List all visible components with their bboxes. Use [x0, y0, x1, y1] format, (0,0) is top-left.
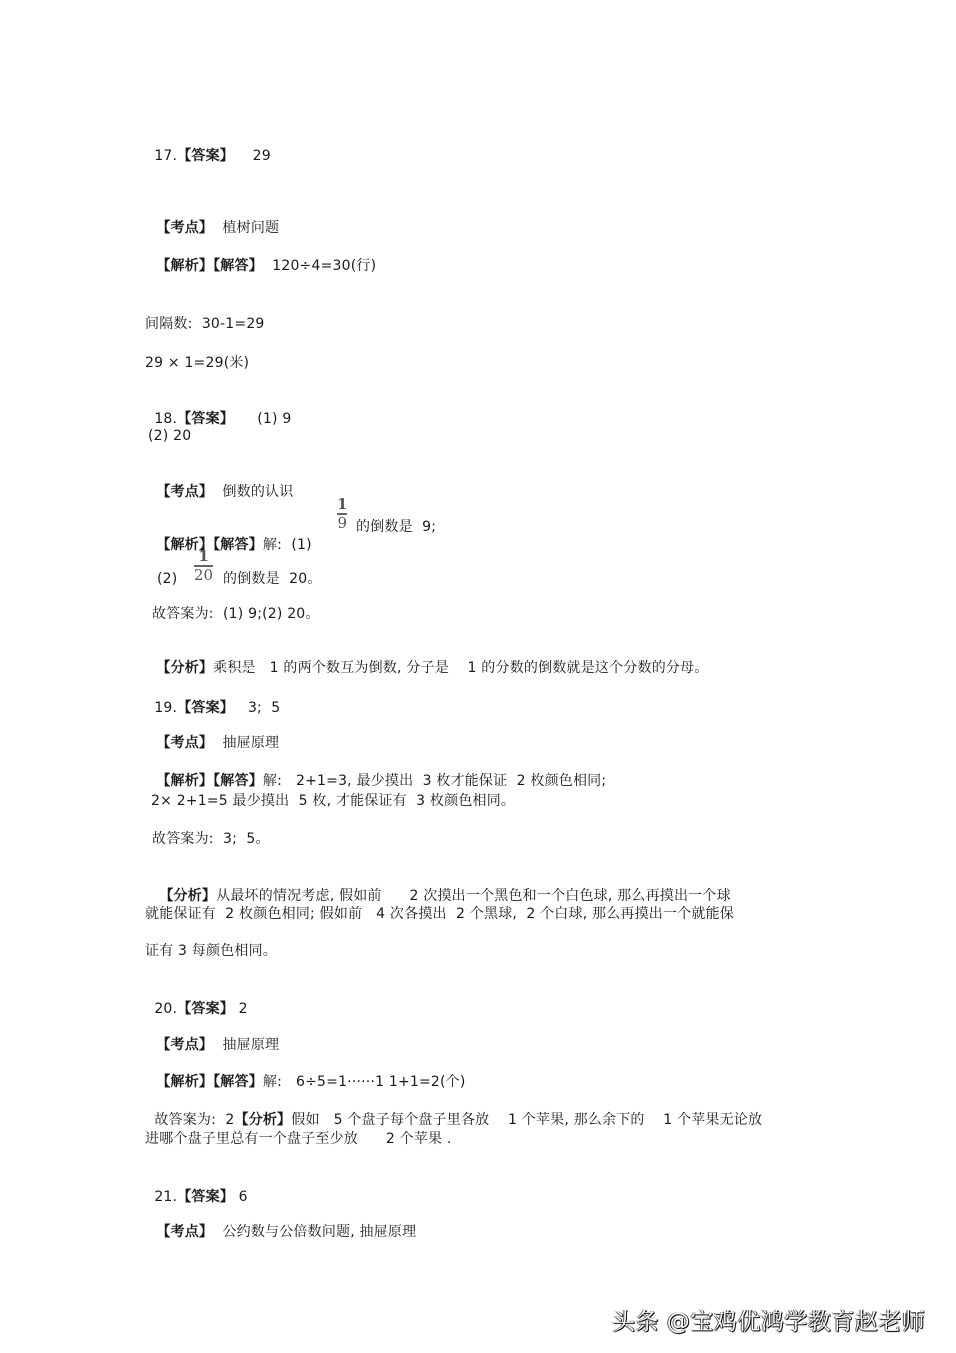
answer-tag: 【答案】 [177, 148, 234, 164]
q18-line2-suffix: 的倒数是 20。 [223, 570, 322, 588]
q17-topic-line: 【考点】 植树问题 [147, 201, 279, 237]
q17-step2: 间隔数: 30-1=29 [145, 315, 265, 333]
analysis-text: 解: 6÷5=1······1 1+1=2(个) [263, 1074, 466, 1090]
q19-analysis-line1: 【解析】【解答】解: 2+1=3, 最少摸出 3 枚才能保证 2 枚颜色相同; [147, 754, 606, 790]
topic-value: 倒数的认识 [222, 484, 293, 500]
answer-value: 29 [253, 148, 271, 164]
q17-answer-line: 17.【答案】 29 [145, 129, 271, 165]
explain-text: 假如 5 个盘子每个盘子里各放 1 个苹果, 那么余下的 1 个苹果无论放 [291, 1112, 762, 1128]
q20-explain-line2: 进哪个盘子里总有一个盘子至少放 2 个苹果 . [145, 1130, 452, 1148]
topic-tag: 【考点】 [156, 735, 213, 751]
topic-value: 抽屉原理 [222, 735, 279, 751]
topic-tag: 【考点】 [156, 1224, 213, 1240]
analysis-tag: 【解析】【解答】 [156, 1074, 263, 1090]
question-number: 20. [154, 1001, 177, 1017]
analysis-tag: 【解析】【解答】 [156, 773, 263, 789]
fraction-denominator: 20 [194, 568, 213, 583]
q20-topic-line: 【考点】 抽屉原理 [147, 1018, 279, 1054]
q19-answer-line: 19.【答案】 3; 5 [145, 681, 280, 717]
analysis-tag: 【解析】【解答】 [156, 258, 263, 274]
q18-explain-line: 【分析】乘积是 1 的两个数互为倒数, 分子是 1 的分数的倒数就是这个分数的分… [147, 641, 709, 677]
q19-topic-line: 【考点】 抽屉原理 [147, 716, 279, 752]
fraction-denominator: 9 [337, 516, 347, 531]
q20-analysis-line1: 【解析】【解答】解: 6÷5=1······1 1+1=2(个) [147, 1055, 466, 1091]
explain-tag: 【分析】 [159, 888, 216, 904]
question-number: 19. [154, 700, 177, 716]
q19-explain-line1: 【分析】从最坏的情况考虑, 假如前 2 次摸出一个黑色和一个白色球, 那么再摸出… [150, 869, 731, 905]
explain-tag: 【分析】 [234, 1112, 291, 1128]
fraction-one-ninth: 1 9 [337, 497, 347, 531]
q19-explain-line2: 就能保证有 2 枚颜色相同; 假如前 4 次各摸出 2 个黑球, 2 个白球, … [145, 905, 734, 923]
faint-dash [221, 668, 231, 670]
conclusion-text: 故答案为: 2 [154, 1112, 234, 1128]
topic-tag: 【考点】 [156, 484, 213, 500]
q18-topic-line: 【考点】 倒数的认识 [147, 465, 293, 501]
question-number: 18. [154, 411, 177, 427]
fraction-one-twentieth: 1 20 [194, 549, 213, 583]
q18-answer-line: 18.【答案】 (1) 9 [145, 392, 291, 428]
q17-step3: 29 × 1=29(米) [145, 354, 249, 372]
q18-line2-prefix: (2) [157, 570, 177, 588]
q18-analysis-line1: 【解析】【解答】解: (1) [147, 518, 312, 554]
topic-value: 植树问题 [222, 220, 279, 236]
q21-topic-line: 【考点】 公约数与公倍数问题, 抽屉原理 [147, 1205, 416, 1241]
q18-line1-suffix: 的倒数是 9; [356, 518, 436, 536]
q19-explain-line3: 证有 3 每颜色相同。 [145, 942, 277, 960]
topic-value: 抽屉原理 [222, 1037, 279, 1053]
answer-value: 3; 5 [248, 700, 280, 716]
watermark: 头条 @宝鸡优鸿学教育赵老师 [612, 1303, 925, 1336]
explain-text: 从最坏的情况考虑, 假如前 2 次摸出一个黑色和一个白色球, 那么再摸出一个球 [216, 888, 731, 904]
answer-value: 2 [239, 1001, 248, 1017]
answer-tag: 【答案】 [177, 700, 234, 716]
topic-tag: 【考点】 [156, 1037, 213, 1053]
q20-answer-line: 20.【答案】 2 [145, 982, 248, 1018]
answer-tag: 【答案】 [177, 1001, 234, 1017]
analysis-text: 解: 2+1=3, 最少摸出 3 枚才能保证 2 枚颜色相同; [263, 773, 606, 789]
q17-analysis-line: 【解析】【解答】 120÷4=30(行) [147, 239, 376, 275]
answer-value: (1) 9 [257, 411, 291, 427]
q19-analysis-line2: 2× 2+1=5 最少摸出 5 枚, 才能保证有 3 枚颜色相同。 [151, 792, 515, 810]
faint-dash [244, 668, 254, 670]
q21-answer-line: 21.【答案】 6 [145, 1170, 248, 1206]
q19-conclusion: 故答案为: 3; 5。 [152, 830, 270, 848]
fraction-numerator: 1 [198, 549, 208, 564]
fraction-numerator: 1 [337, 497, 347, 512]
answer-tag: 【答案】 [177, 1189, 234, 1205]
analysis-step: 120÷4=30(行) [272, 258, 376, 274]
answer-tag: 【答案】 [177, 411, 234, 427]
q18-conclusion: 故答案为: (1) 9;(2) 20。 [152, 605, 320, 623]
explain-text: 乘积是 1 的两个数互为倒数, 分子是 1 的分数的倒数就是这个分数的分母。 [213, 660, 708, 676]
q18-answer-part2: (2) 20 [148, 427, 191, 445]
question-number: 21. [154, 1189, 177, 1205]
solve-prefix: 解: (1) [263, 537, 312, 553]
question-number: 17. [154, 148, 177, 164]
q20-conclusion-line: 故答案为: 2【分析】假如 5 个盘子每个盘子里各放 1 个苹果, 那么余下的 … [145, 1093, 762, 1129]
answer-value: 6 [239, 1189, 248, 1205]
topic-value: 公约数与公倍数问题, 抽屉原理 [222, 1224, 416, 1240]
topic-tag: 【考点】 [156, 220, 213, 236]
explain-tag: 【分析】 [156, 660, 213, 676]
